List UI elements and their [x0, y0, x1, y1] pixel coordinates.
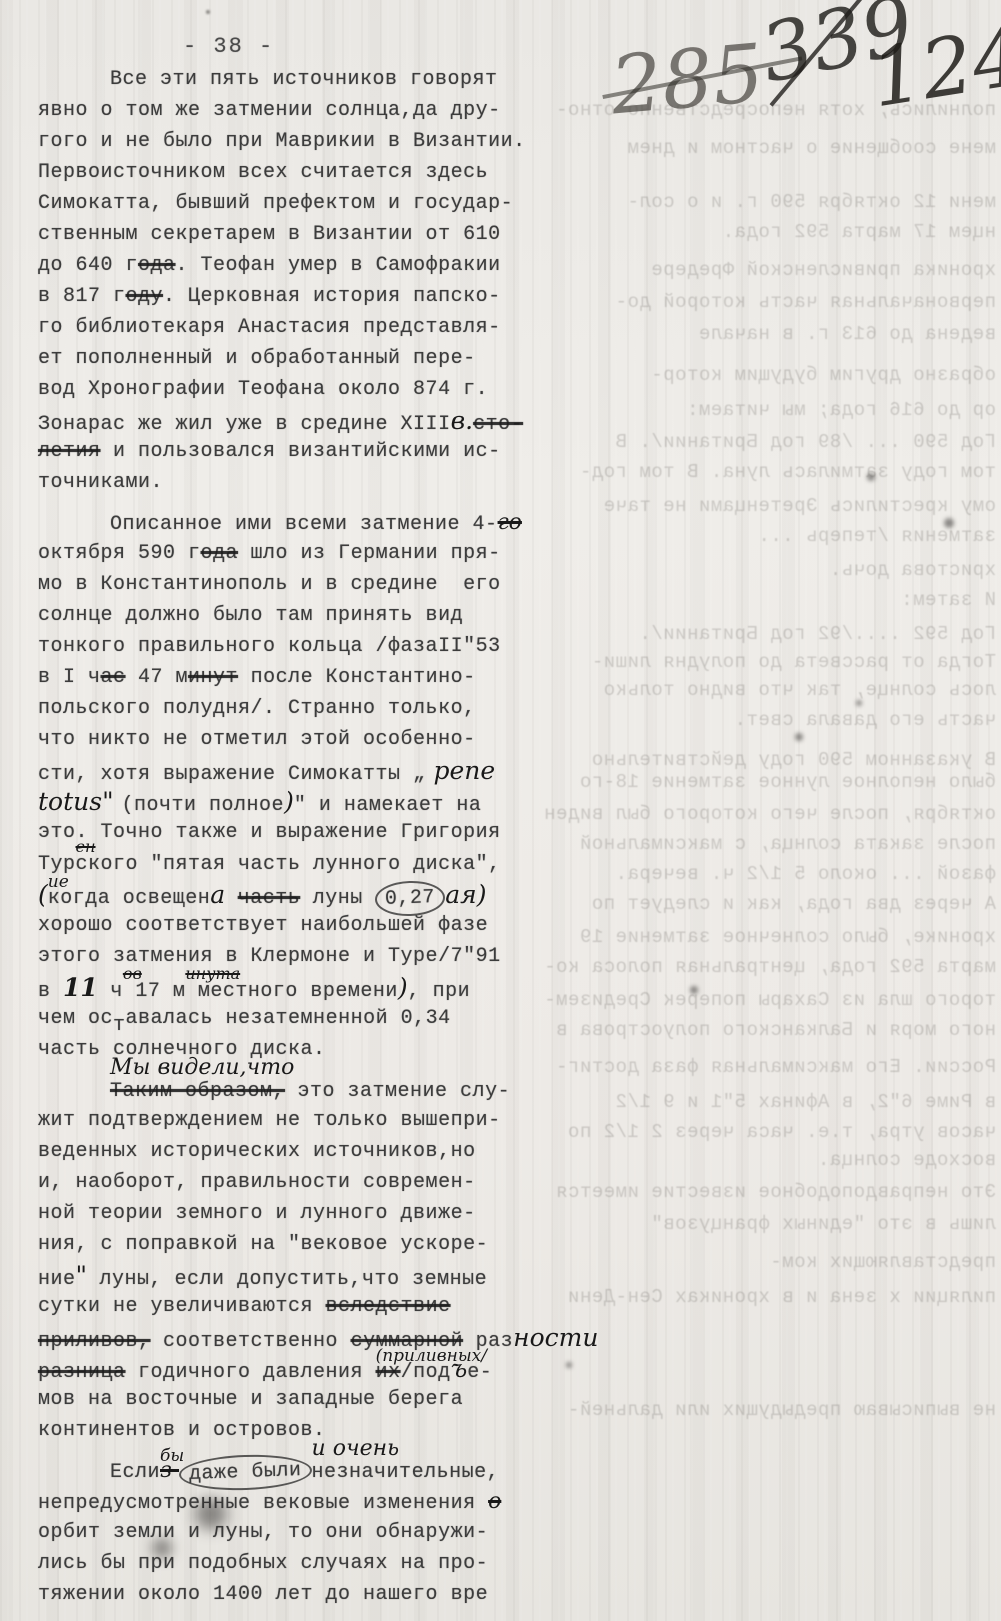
typed-text: веденных исторических источников,но — [38, 1140, 476, 1163]
typed-text: сти, хотя выражение Симокатты „ — [38, 763, 426, 786]
typed-text: ственным секретарем в Византии от 610 — [38, 223, 501, 246]
bleedthrough-line: хронике, было солнечное затмение 19 — [516, 925, 996, 949]
bleedthrough-line: А через два года, как и следует по — [516, 892, 996, 916]
ink-speck — [690, 986, 698, 994]
typed-text: в 817 г — [38, 285, 126, 308]
text-line: это. Точно также и выражение Григория — [38, 817, 550, 848]
struck-typed-text: разница — [38, 1361, 126, 1384]
bleedthrough-line: ому крестились Эретенцами не таче — [516, 494, 996, 518]
bleedthrough-line: том году затмилась луна. В том год- — [516, 460, 996, 484]
typed-text: 17 м — [123, 980, 186, 1003]
bleedthrough-line: не выписываю предыдущих или дальней- — [516, 1398, 996, 1422]
struck-typed-text: инут — [188, 666, 238, 689]
typed-text: луны, если допустить,что земные — [87, 1268, 487, 1291]
typed-text: польского полудня/. Странно только, — [38, 697, 476, 720]
text-line: континентов и островов. — [38, 1415, 550, 1446]
text-line: этого затмения в Клермоне и Туре/7"91 — [38, 941, 550, 972]
handwritten-text: а — [210, 880, 225, 909]
ink-speck — [944, 518, 954, 528]
text-line: лись бы при подобных случаях на про- — [38, 1548, 550, 1579]
typed-text: вод Хронографии Теофана около 874 г. — [38, 378, 488, 401]
typed-text: луны — [300, 887, 375, 910]
bleedthrough-line: Это неправдоподобное известие имеется — [516, 1180, 996, 1204]
typed-text: Все эти пять источников говорят — [110, 68, 498, 91]
typed-text: авалась незатемненной 0,34 — [126, 1007, 451, 1030]
typed-text: незначительные, — [312, 1461, 500, 1484]
text-line: польского полудня/. Странно только, — [38, 693, 550, 724]
text-line: солнце должно было там принять вид — [38, 600, 550, 631]
handwritten-text: в. — [451, 406, 474, 435]
scanned-page: - 38 - 285 339 124 полнились, хотя непос… — [0, 0, 1001, 1621]
handwritten-text: totus" — [38, 787, 122, 816]
text-line: орбит земли и луны, то они обнаружи- — [38, 1517, 550, 1548]
bleedthrough-line: торого шла из Сахары поперек Средизем- — [516, 988, 996, 1012]
typed-text — [225, 887, 238, 910]
typed-text: соответственно — [151, 1330, 351, 1353]
text-line: гого и не было при Маврикии в Византии. — [38, 126, 550, 157]
ink-speck — [856, 700, 862, 706]
bleedthrough-line: первоначальная часть которой до- — [516, 290, 996, 314]
typed-text: до 640 г — [38, 254, 138, 277]
text-line: в I час 47 минут после Константино- — [38, 662, 550, 693]
text-line: хорошо соответствует наибольшей фазе — [38, 910, 550, 941]
bleedthrough-line: России. Его максимальная фаза достиг- — [516, 1055, 996, 1079]
handwritten-text: pene — [426, 756, 496, 785]
bleedthrough-line: хроника привисленской Фредере — [516, 258, 996, 282]
typed-text: " и намекает на — [294, 794, 482, 817]
bleedthrough-line: после заката солнца, с максимальной — [516, 832, 996, 856]
typed-text: тяжении около 1400 лет до нашего вре — [38, 1583, 488, 1606]
typed-text: что никто не отметил этой особенно- — [38, 728, 476, 751]
handwritten-text: ) — [477, 880, 487, 909]
typed-text: Симокатта, бывший префектом и государ- — [38, 192, 513, 215]
typed-text: (почти полное — [122, 794, 285, 817]
struck-typed-text: ода — [138, 254, 176, 277]
text-line: (иекогда освещена часть луны 0,27ая) — [38, 879, 550, 910]
text-line: вод Хронографии Теофана около 874 г. — [38, 374, 550, 405]
bleedthrough-line: лось солнце, так что видно только — [516, 678, 996, 702]
typed-text: шло из Германии пря- — [238, 542, 501, 565]
typed-text: после Константино- — [238, 666, 476, 689]
struck-typed-text: ода — [201, 542, 239, 565]
typed-text: и, наоборот, правильности современ- — [38, 1171, 476, 1194]
text-line: явно о том же затмении солнца,да дру- — [38, 95, 550, 126]
bleedthrough-line: ор до 616 года; мы читаем: — [516, 398, 996, 422]
typed-text: гого и не было при Маврикии в Византии. — [38, 130, 526, 153]
typed-text: ния, с поправкой на "вековое ускоре- — [38, 1233, 488, 1256]
typed-text: непредусмотренные вековые изменения — [38, 1492, 488, 1515]
bleedthrough-line: образно другим будущим котор- — [516, 363, 996, 387]
typed-text: ского "пятая часть лунного диска", — [76, 853, 501, 876]
typed-text: точниками. — [38, 471, 163, 494]
bleedthrough-line: Год 592 ..../92 год Британии/. — [516, 622, 996, 646]
struck-typed-text: летия — [38, 440, 101, 463]
text-line: чем оставалась незатемненной 0,34 — [38, 1003, 550, 1034]
text-line: в 11 чов 17 минута местного времени), пр… — [38, 972, 550, 1003]
bleedthrough-line: в Риме 6"2, в Афинах 5"1 и 9 1/2 — [516, 1090, 996, 1114]
text-line: Мы видели,чтоТаким образом, это затмение… — [38, 1074, 550, 1105]
typed-text: го библиотекаря Анастасия представля- — [38, 316, 501, 339]
text-line: ной теории земного и лунного движе- — [38, 1198, 550, 1229]
typed-text: ч — [98, 980, 123, 1003]
text-line: сти, хотя выражение Симокатты „ pene — [38, 755, 550, 786]
struck-typed-text: часть — [238, 887, 301, 910]
typed-text: когда освещен — [48, 887, 211, 910]
typed-text: Первоисточником всех считается здесь — [38, 161, 488, 184]
bleedthrough-line: октября, после чего которого был виден — [516, 802, 996, 826]
typed-text: ние — [38, 1268, 76, 1291]
typed-column: Все эти пять источников говорятявно о то… — [38, 64, 550, 1610]
struck-typed-text: ас — [101, 666, 126, 689]
text-line: тяжении около 1400 лет до нашего вре — [38, 1579, 550, 1610]
typed-text: и пользовался византийскими ис- — [101, 440, 501, 463]
typed-text: октября 590 г — [38, 542, 201, 565]
bleedthrough-line: пиляции х зена и в хрониках Сен-Дени — [516, 1285, 996, 1309]
text-line: октября 590 года шло из Германии пря- — [38, 538, 550, 569]
ink-speck — [795, 733, 803, 741]
typed-text: . Церковная история папско- — [163, 285, 501, 308]
struck-typed-text: приливов, — [38, 1330, 151, 1353]
typed-text: , при — [408, 980, 471, 1003]
text-line: Туренского "пятая часть лунного диска", — [38, 848, 550, 879]
handwritten-text: ности — [513, 1323, 598, 1352]
text-line: Зонарас же жил уже в средине XIIIв.сто- — [38, 405, 550, 436]
bleedthrough-line: затмения /теперь ... — [516, 524, 996, 548]
bleedthrough-line: полнились, хотя непосредственно отно- — [516, 98, 996, 122]
text-line: тонкого правильного кольца /фазаII"53 — [38, 631, 550, 662]
typed-text: континентов и островов. — [38, 1419, 326, 1442]
bleedthrough-line: восходе солнца. — [516, 1148, 996, 1172]
typed-text: явно о том же затмении солнца,да дру- — [38, 99, 501, 122]
text-line: ственным секретарем в Византии от 610 — [38, 219, 550, 250]
bleedthrough-line: лишь в это "единых французов" — [516, 1212, 996, 1236]
bleedthrough-line: христова дочь. — [516, 558, 996, 582]
dropped-character: т — [113, 1014, 126, 1037]
typed-text: жит подтверждением не только вышепри- — [38, 1109, 501, 1132]
typed-text: в I ч — [38, 666, 101, 689]
typed-text: сутки не увеличиваются — [38, 1295, 326, 1318]
text-line: ет пополненный и обработанный пере- — [38, 343, 550, 374]
text-line: ние" луны, если допустить,что земные — [38, 1260, 550, 1291]
handwritten-number: 11 — [63, 973, 98, 1002]
handwritten-text: ( — [38, 880, 48, 909]
ink-speck — [195, 1498, 227, 1530]
text-line: разница годичного давления (приливных/их… — [38, 1353, 550, 1384]
bleedthrough-line: мене сообщение о частном и днем — [516, 136, 996, 160]
bleedthrough-line: нцем 17 марта 592 года. — [516, 220, 996, 244]
handwritten-text: ) — [284, 787, 294, 816]
typed-text: . Теофан умер в Самофракии — [176, 254, 501, 277]
bleedthrough-line: ного моря и Балканского полуострова в — [516, 1018, 996, 1042]
text-line: точниками. — [38, 467, 550, 498]
handwritten-text: ая — [445, 880, 476, 909]
text-line: непредусмотренные вековые изменения о — [38, 1486, 550, 1517]
typed-text: солнце должно было там принять вид — [38, 604, 463, 627]
bleedthrough-line: Тогда от рассвета до полудня лиши- — [516, 650, 996, 674]
typed-text: это. Точно также и выражение Григория — [38, 821, 501, 844]
typed-text: хорошо соответствует наибольшей фазе — [38, 914, 488, 937]
text-line: и, наоборот, правильности современ- — [38, 1167, 550, 1198]
typed-text: тонкого правильного кольца /фазаII"53 — [38, 635, 501, 658]
bleedthrough-column: полнились, хотя непосредственно отно-мен… — [516, 0, 996, 1621]
typed-text: орбит земли и луны, то они обнаружи- — [38, 1521, 488, 1544]
text-line: летия и пользовался византийскими ис- — [38, 436, 550, 467]
typed-text: ет пополненный и обработанный пере- — [38, 347, 476, 370]
text-line: жит подтверждением не только вышепри- — [38, 1105, 550, 1136]
text-line: Первоисточником всех считается здесь — [38, 157, 550, 188]
text-line: до 640 года. Теофан умер в Самофракии — [38, 250, 550, 281]
text-line: веденных исторических источников,но — [38, 1136, 550, 1167]
struck-typed-text: сто- — [473, 413, 523, 436]
typed-text: лись бы при подобных случаях на про- — [38, 1552, 488, 1575]
struck-handwritten-text: о — [488, 1489, 501, 1514]
typed-text: этого затмения в Клермоне и Туре/7"91 — [38, 945, 501, 968]
typed-text: 47 м — [126, 666, 189, 689]
struck-typed-text: Таким образом, — [110, 1080, 285, 1103]
ink-speck — [867, 473, 875, 481]
bleedthrough-line: было неполное лунное затмение 18-го — [516, 770, 996, 794]
text-line: мов на восточные и западные берега — [38, 1384, 550, 1415]
bleedthrough-line: часов утра, т.е. часа через 2 1/2 по — [516, 1120, 996, 1144]
text-line: в 817 году. Церковная история папско- — [38, 281, 550, 312]
text-line: что никто не отметил этой особенно- — [38, 724, 550, 755]
bleedthrough-line: фазой ... около 5 1/2 ч. вечера. — [516, 862, 996, 886]
text-line: totus" (почти полное)" и намекает на — [38, 786, 550, 817]
ink-speck — [206, 10, 210, 14]
text-line: го библиотекаря Анастасия представля- — [38, 312, 550, 343]
typed-text: в — [38, 980, 63, 1003]
bleedthrough-line: марта 592 года, центральная полоса ко- — [516, 955, 996, 979]
text-line: Все эти пять источников говорят — [38, 64, 550, 95]
struck-typed-text: оду — [126, 285, 164, 308]
ink-speck — [152, 1538, 172, 1558]
struck-typed-text: вследствие — [326, 1295, 451, 1318]
text-line: Симокатта, бывший префектом и государ- — [38, 188, 550, 219]
text-line: Описанное ими всеми затмение 4-го — [38, 507, 550, 538]
typed-text: это затмение слу- — [285, 1080, 510, 1103]
bleedthrough-line: Год 590 ... /89 год Британии/. В — [516, 430, 996, 454]
bleedthrough-line: ведена до 613 г. в начале — [516, 322, 996, 346]
page-number: - 38 - — [183, 34, 274, 59]
text-line: Еслибыз даже былии оченьнезначительные, — [38, 1455, 550, 1486]
bleedthrough-line: И затем: — [516, 588, 996, 612]
handwritten-text: " — [76, 1261, 88, 1290]
bleedthrough-line: представляющих ком- — [516, 1250, 996, 1274]
struck-handwritten-text: го — [498, 510, 522, 535]
ink-speck — [566, 1362, 572, 1368]
typed-text: чем ос — [38, 1007, 113, 1030]
bleedthrough-line: мени 12 октября 590 г. и о сол- — [516, 190, 996, 214]
bleedthrough-line: В указанном 590 году действительно — [516, 748, 996, 772]
bleedthrough-line: часть его давала свет. — [516, 708, 996, 732]
typed-text: Зонарас же жил уже в средине XIII — [38, 413, 451, 436]
typed-text: Описанное ими всеми затмение 4- — [110, 513, 498, 536]
text-line: мо в Константинополь и в средине его — [38, 569, 550, 600]
text-line: сутки не увеличиваются вследствие — [38, 1291, 550, 1322]
typed-text: ной теории земного и лунного движе- — [38, 1202, 476, 1225]
handwritten-text: ) — [398, 973, 408, 1002]
typed-text: мов на восточные и западные берега — [38, 1388, 463, 1411]
typed-text: местного времени — [185, 980, 398, 1003]
typed-text: Если — [110, 1461, 160, 1484]
typed-text: годичного давления — [126, 1361, 376, 1384]
typed-text: мо в Константинополь и в средине его — [38, 573, 501, 596]
text-line: ния, с поправкой на "вековое ускоре- — [38, 1229, 550, 1260]
